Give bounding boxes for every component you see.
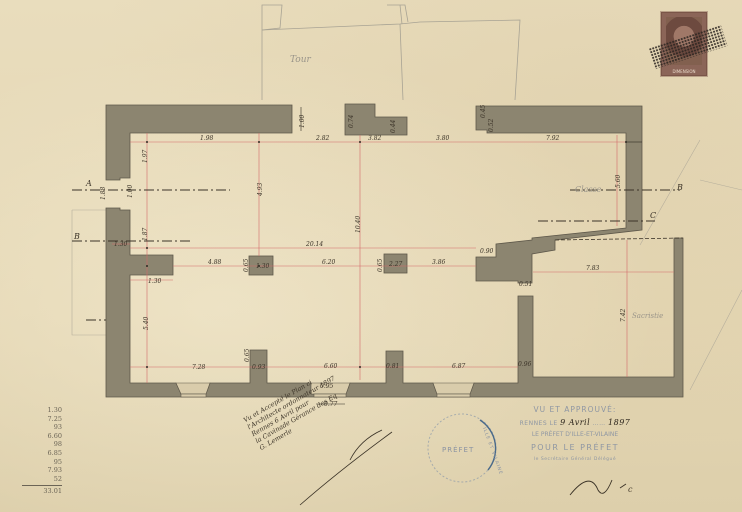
approval-stamp: VU ET APPROUVÉ: RENNES LE 9 Avril …… 189… bbox=[500, 405, 650, 462]
room-label-tower: Tour bbox=[290, 55, 312, 65]
dim-middle-vertical: 4.93 bbox=[257, 182, 264, 197]
dim-top-3: 3.82 bbox=[368, 135, 382, 142]
approval-date: 9 Avril bbox=[560, 418, 590, 427]
stamp-label: DIMENSION bbox=[662, 69, 706, 74]
dim-left-1: 1.97 bbox=[142, 149, 149, 163]
dim-bottom-1: 7.28 bbox=[192, 364, 206, 371]
prefect-signature bbox=[570, 480, 626, 495]
dim-right-door: 0.90 bbox=[480, 248, 494, 255]
dim-bottom-buttress-0: 0.65 bbox=[244, 348, 251, 362]
approval-year: 1897 bbox=[608, 418, 630, 427]
approval-for-prefect: POUR LE PRÉFET bbox=[500, 443, 650, 452]
dim-pillar-size-1: 1.30 bbox=[256, 263, 270, 270]
calc-line: 6.60 bbox=[22, 432, 62, 441]
dim-right-room-width: 7.83 bbox=[586, 265, 600, 272]
approval-secretary: le Secrétaire Général Délégué bbox=[500, 457, 650, 462]
calc-line: 7.25 bbox=[22, 415, 62, 424]
dim-bottom-buttress-1: 0.93 bbox=[252, 364, 266, 371]
calc-line: 52 bbox=[22, 475, 62, 484]
calc-line: 6.85 bbox=[22, 449, 62, 458]
dim-left-4: 5.40 bbox=[143, 316, 150, 330]
seal-text: PRÉFET bbox=[442, 445, 474, 454]
dim-pillar-row-3: 3.86 bbox=[432, 259, 446, 266]
dim-central-vertical: 10.40 bbox=[355, 216, 362, 233]
dim-bottom-3: 6.87 bbox=[452, 363, 466, 370]
section-marker-a: A bbox=[85, 179, 92, 188]
dim-right-room-height: 7.42 bbox=[620, 308, 627, 322]
dim-pillar-row-1: 4.88 bbox=[207, 259, 222, 266]
dim-pillar-row-2: 6.20 bbox=[322, 259, 336, 266]
dim-bottom-buttress-2: 0.81 bbox=[386, 363, 399, 370]
dim-pillar-height-1: 0.65 bbox=[243, 258, 250, 272]
dim-top-4: 3.80 bbox=[436, 135, 450, 142]
dim-pillar-height-2: 0.65 bbox=[377, 258, 384, 272]
dim-top-right-1: 0.45 bbox=[480, 104, 487, 118]
calc-total: 33.01 bbox=[22, 485, 62, 496]
calc-line: 98 bbox=[22, 440, 62, 449]
dim-top-right-2: 0.52 bbox=[488, 118, 495, 132]
walls bbox=[106, 104, 683, 397]
approval-date-line: RENNES LE 9 Avril …… 1897 bbox=[500, 418, 650, 427]
calc-line: 93 bbox=[22, 423, 62, 432]
signature-flourish bbox=[300, 430, 392, 505]
calc-line: 7.93 bbox=[22, 466, 62, 475]
prefect-signature-suffix: c bbox=[628, 485, 633, 494]
dim-top-wall: 1.00 bbox=[299, 114, 306, 128]
dim-right-upper: 5.60 bbox=[615, 174, 622, 188]
dim-top-5: 7.92 bbox=[546, 135, 560, 142]
section-marker-b-right: B bbox=[676, 183, 683, 192]
dim-overall-length: 20.14 bbox=[305, 241, 323, 248]
dim-left-wall: 1.30 bbox=[114, 241, 128, 248]
dashed-wall-line bbox=[555, 238, 683, 240]
pencil-tower-sketch bbox=[262, 5, 520, 100]
dim-top-pillar-1: 0.74 bbox=[348, 114, 355, 128]
calc-line: 95 bbox=[22, 458, 62, 467]
approval-prefect-title: LE PRÉFET D'ILLE-ET-VILAINE bbox=[500, 431, 650, 438]
section-marker-b-left: B bbox=[73, 232, 80, 241]
dim-left-outer: 1.88 bbox=[100, 186, 107, 200]
dim-left-buttress: 1.30 bbox=[148, 278, 162, 285]
room-label-classe: Classe bbox=[575, 185, 602, 194]
drawing-sheet: Tour bbox=[0, 0, 742, 512]
dim-top-2: 2.82 bbox=[315, 135, 330, 142]
dim-right-narrow: 0.51 bbox=[519, 281, 532, 288]
dim-top-pillar-2: 0.44 bbox=[390, 119, 397, 133]
dim-left-2: 1.00 bbox=[127, 184, 134, 198]
room-label-sacristie: Sacristie bbox=[632, 312, 663, 320]
dim-bottom-buttress-3: 0.96 bbox=[518, 361, 532, 368]
wall-top-left bbox=[106, 105, 292, 180]
dim-left-3: 1.87 bbox=[142, 227, 149, 241]
dim-pillar-size-2: 2.27 bbox=[388, 261, 403, 268]
calc-line: 1.30 bbox=[22, 406, 62, 415]
dim-top-1: 1.98 bbox=[200, 135, 214, 142]
margin-calculation: 1.30 7.25 93 6.60 98 6.85 95 7.93 52 33.… bbox=[22, 406, 62, 496]
approval-heading: VU ET APPROUVÉ: bbox=[500, 405, 650, 414]
section-marker-c: C bbox=[650, 211, 656, 220]
approval-place: RENNES LE bbox=[520, 420, 558, 427]
